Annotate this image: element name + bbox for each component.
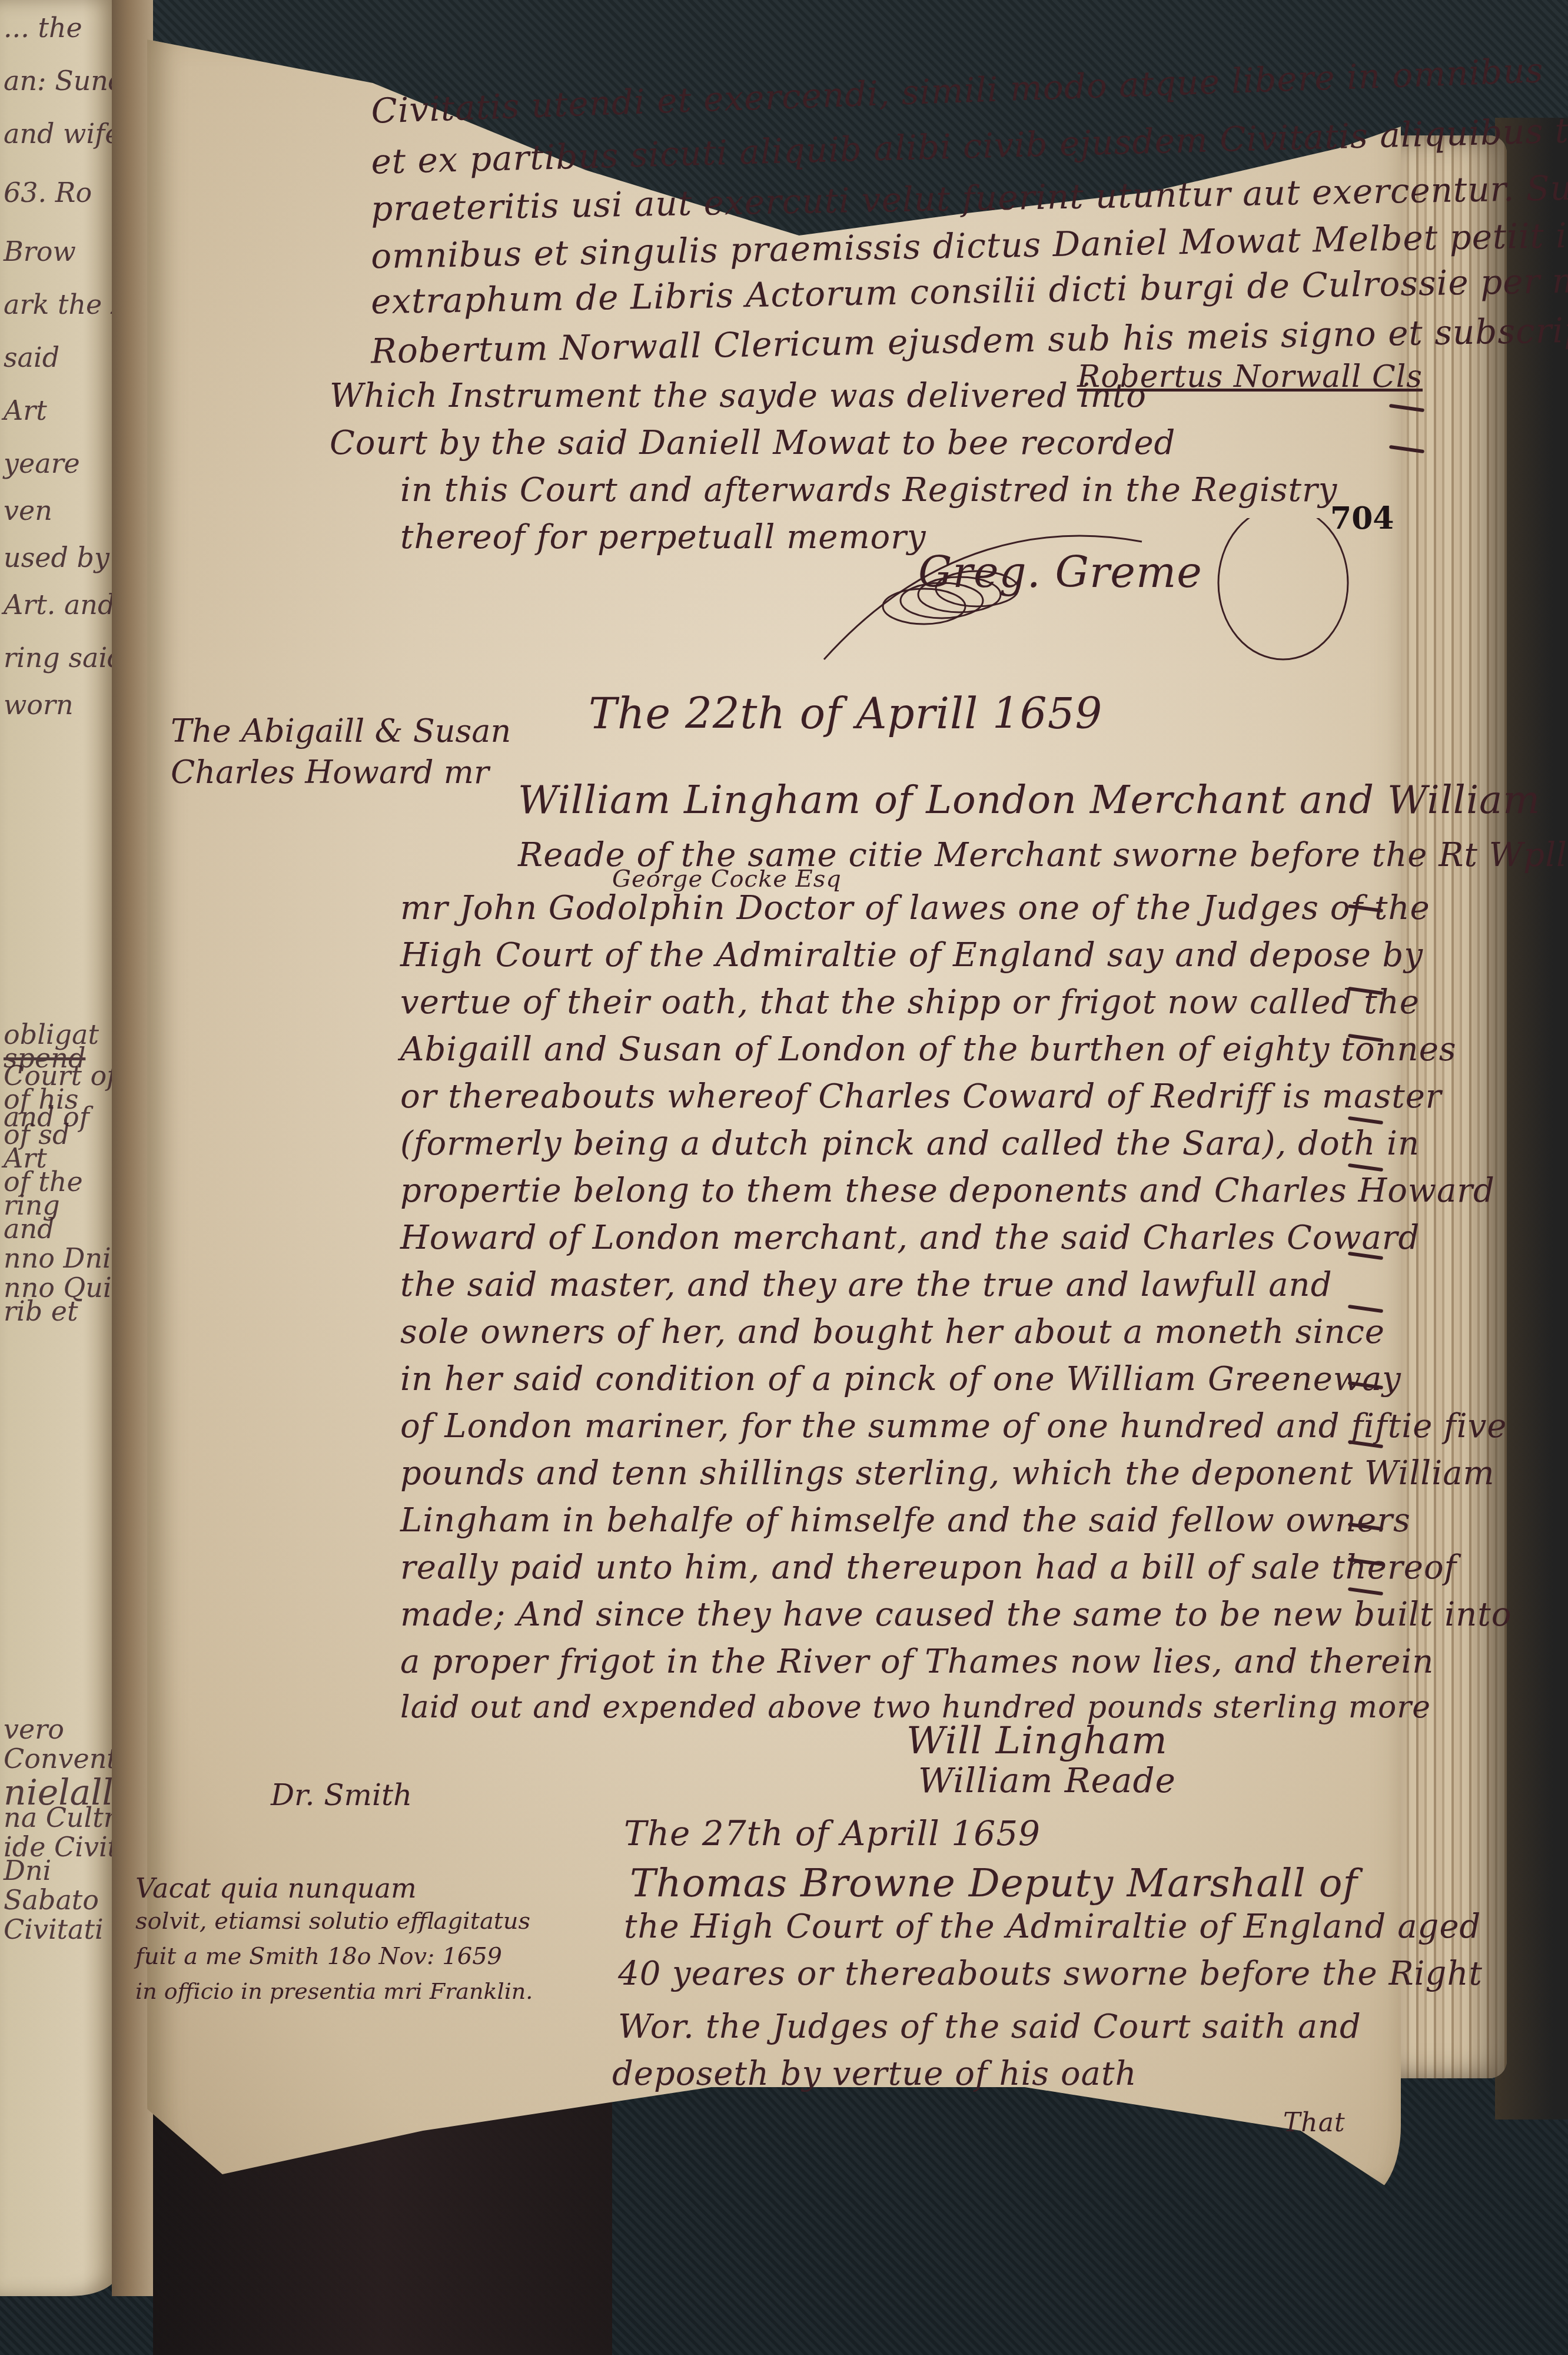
deposition-line: (formerly being a dutch pinck and called… [400,1125,1420,1163]
left-page-line: ven [4,495,52,526]
deposition-line: the said master, and they are the true a… [400,1266,1332,1304]
deposition-line: propertie belong to them these deponents… [400,1172,1495,1210]
left-page-line: Sabato [4,1884,99,1916]
deposition-line: a proper frigot in the River of Thames n… [400,1643,1434,1681]
deposition-line: Thomas Browne Deputy Marshall of [630,1860,1358,1906]
deposition-line: sole owners of her, and bought her about… [400,1313,1385,1351]
left-page-line: ... the [4,12,82,44]
english-line: in this Court and afterwards Registred i… [400,471,1337,509]
left-page-line: worn [4,689,74,721]
deposition-line: High Court of the Admiraltie of England … [400,936,1423,974]
left-page-line: Civitati [4,1913,104,1945]
deposition-line: deposeth by vertue of his oath [612,2055,1137,2093]
margin-note-heading: Dr. Smith [271,1778,412,1812]
left-page-line: said [4,341,59,373]
deposition-line: of London mariner, for the summe of one … [400,1407,1507,1445]
left-page-line: Art [4,394,47,426]
entry-date: The 22th of Aprill 1659 [589,689,1102,738]
catchword: That [1283,2108,1346,2138]
deposition-line: mr John Godolphin Doctor of lawes one of… [400,889,1430,927]
deposition-line: vertue of their oath, that the shipp or … [400,983,1420,1021]
left-page-line: rib et [4,1295,78,1327]
left-page-line: ring said [4,642,125,674]
margin-case-title-line1: The Abigaill & Susan [171,712,511,749]
left-page-line: nno Dni [4,1242,111,1274]
margin-case-title-line2: Charles Howard mr [171,754,489,791]
deposition-line: Abigaill and Susan of London of the burt… [400,1030,1457,1069]
deposition-line: really paid unto him, and thereupon had … [400,1548,1457,1587]
left-page-line: Dni [4,1855,51,1886]
left-page-line: and [4,1213,55,1245]
left-page-line: used by [4,542,109,573]
entry-date: The 27th of Aprill 1659 [624,1813,1041,1853]
registrar-signature: Greg. Greme [918,548,1202,597]
left-page-line: vero [4,1713,64,1745]
left-page-line: 63. Ro [4,177,92,208]
deposition-line: pounds and tenn shillings sterling, whic… [400,1454,1495,1492]
deposition-line: or thereabouts whereof Charles Coward of… [400,1077,1442,1116]
deposition-line: Howard of London merchant, and the said … [400,1219,1420,1257]
deposition-line: made; And since they have caused the sam… [400,1596,1512,1634]
english-line: Which Instrument the sayde was delivered… [330,377,1147,415]
deposition-line: 40 yeares or thereabouts sworne before t… [618,1955,1483,1993]
margin-note-line: solvit, etiamsi solutio efflagitatus [135,1908,530,1935]
english-line: Court by the said Daniell Mowat to bee r… [330,424,1175,462]
left-page-line: Art. and [4,589,115,621]
deposition-line: William Lingham of London Merchant and W… [518,777,1540,822]
left-page-line: yeare [4,447,80,479]
deponent-signature-lingham: Will Lingham [906,1719,1168,1763]
left-page-line: and wife [4,118,121,150]
deposition-line: Lingham in behalfe of himselfe and the s… [400,1501,1411,1540]
left-page-edge: ... the an: Sund and wife 63. Ro Brow ar… [0,0,118,2296]
deposition-line: in her said condition of a pinck of one … [400,1360,1401,1398]
margin-note-line: in officio in presentia mri Franklin. [135,1978,533,2004]
left-page-line: Conventi [4,1743,127,1774]
margin-note-line: Vacat quia nunquam [135,1872,417,1904]
left-page-line: Brow [4,235,76,267]
deposition-line: Wor. the Judges of the said Court saith … [618,2008,1361,2046]
deposition-line: the High Court of the Admiraltie of Engl… [624,1908,1481,1946]
margin-note-line: fuit a me Smith 18o Nov: 1659 [135,1943,502,1970]
left-page-line: an: Sund [4,65,125,97]
deponent-signature-reade: William Reade [918,1760,1176,1800]
